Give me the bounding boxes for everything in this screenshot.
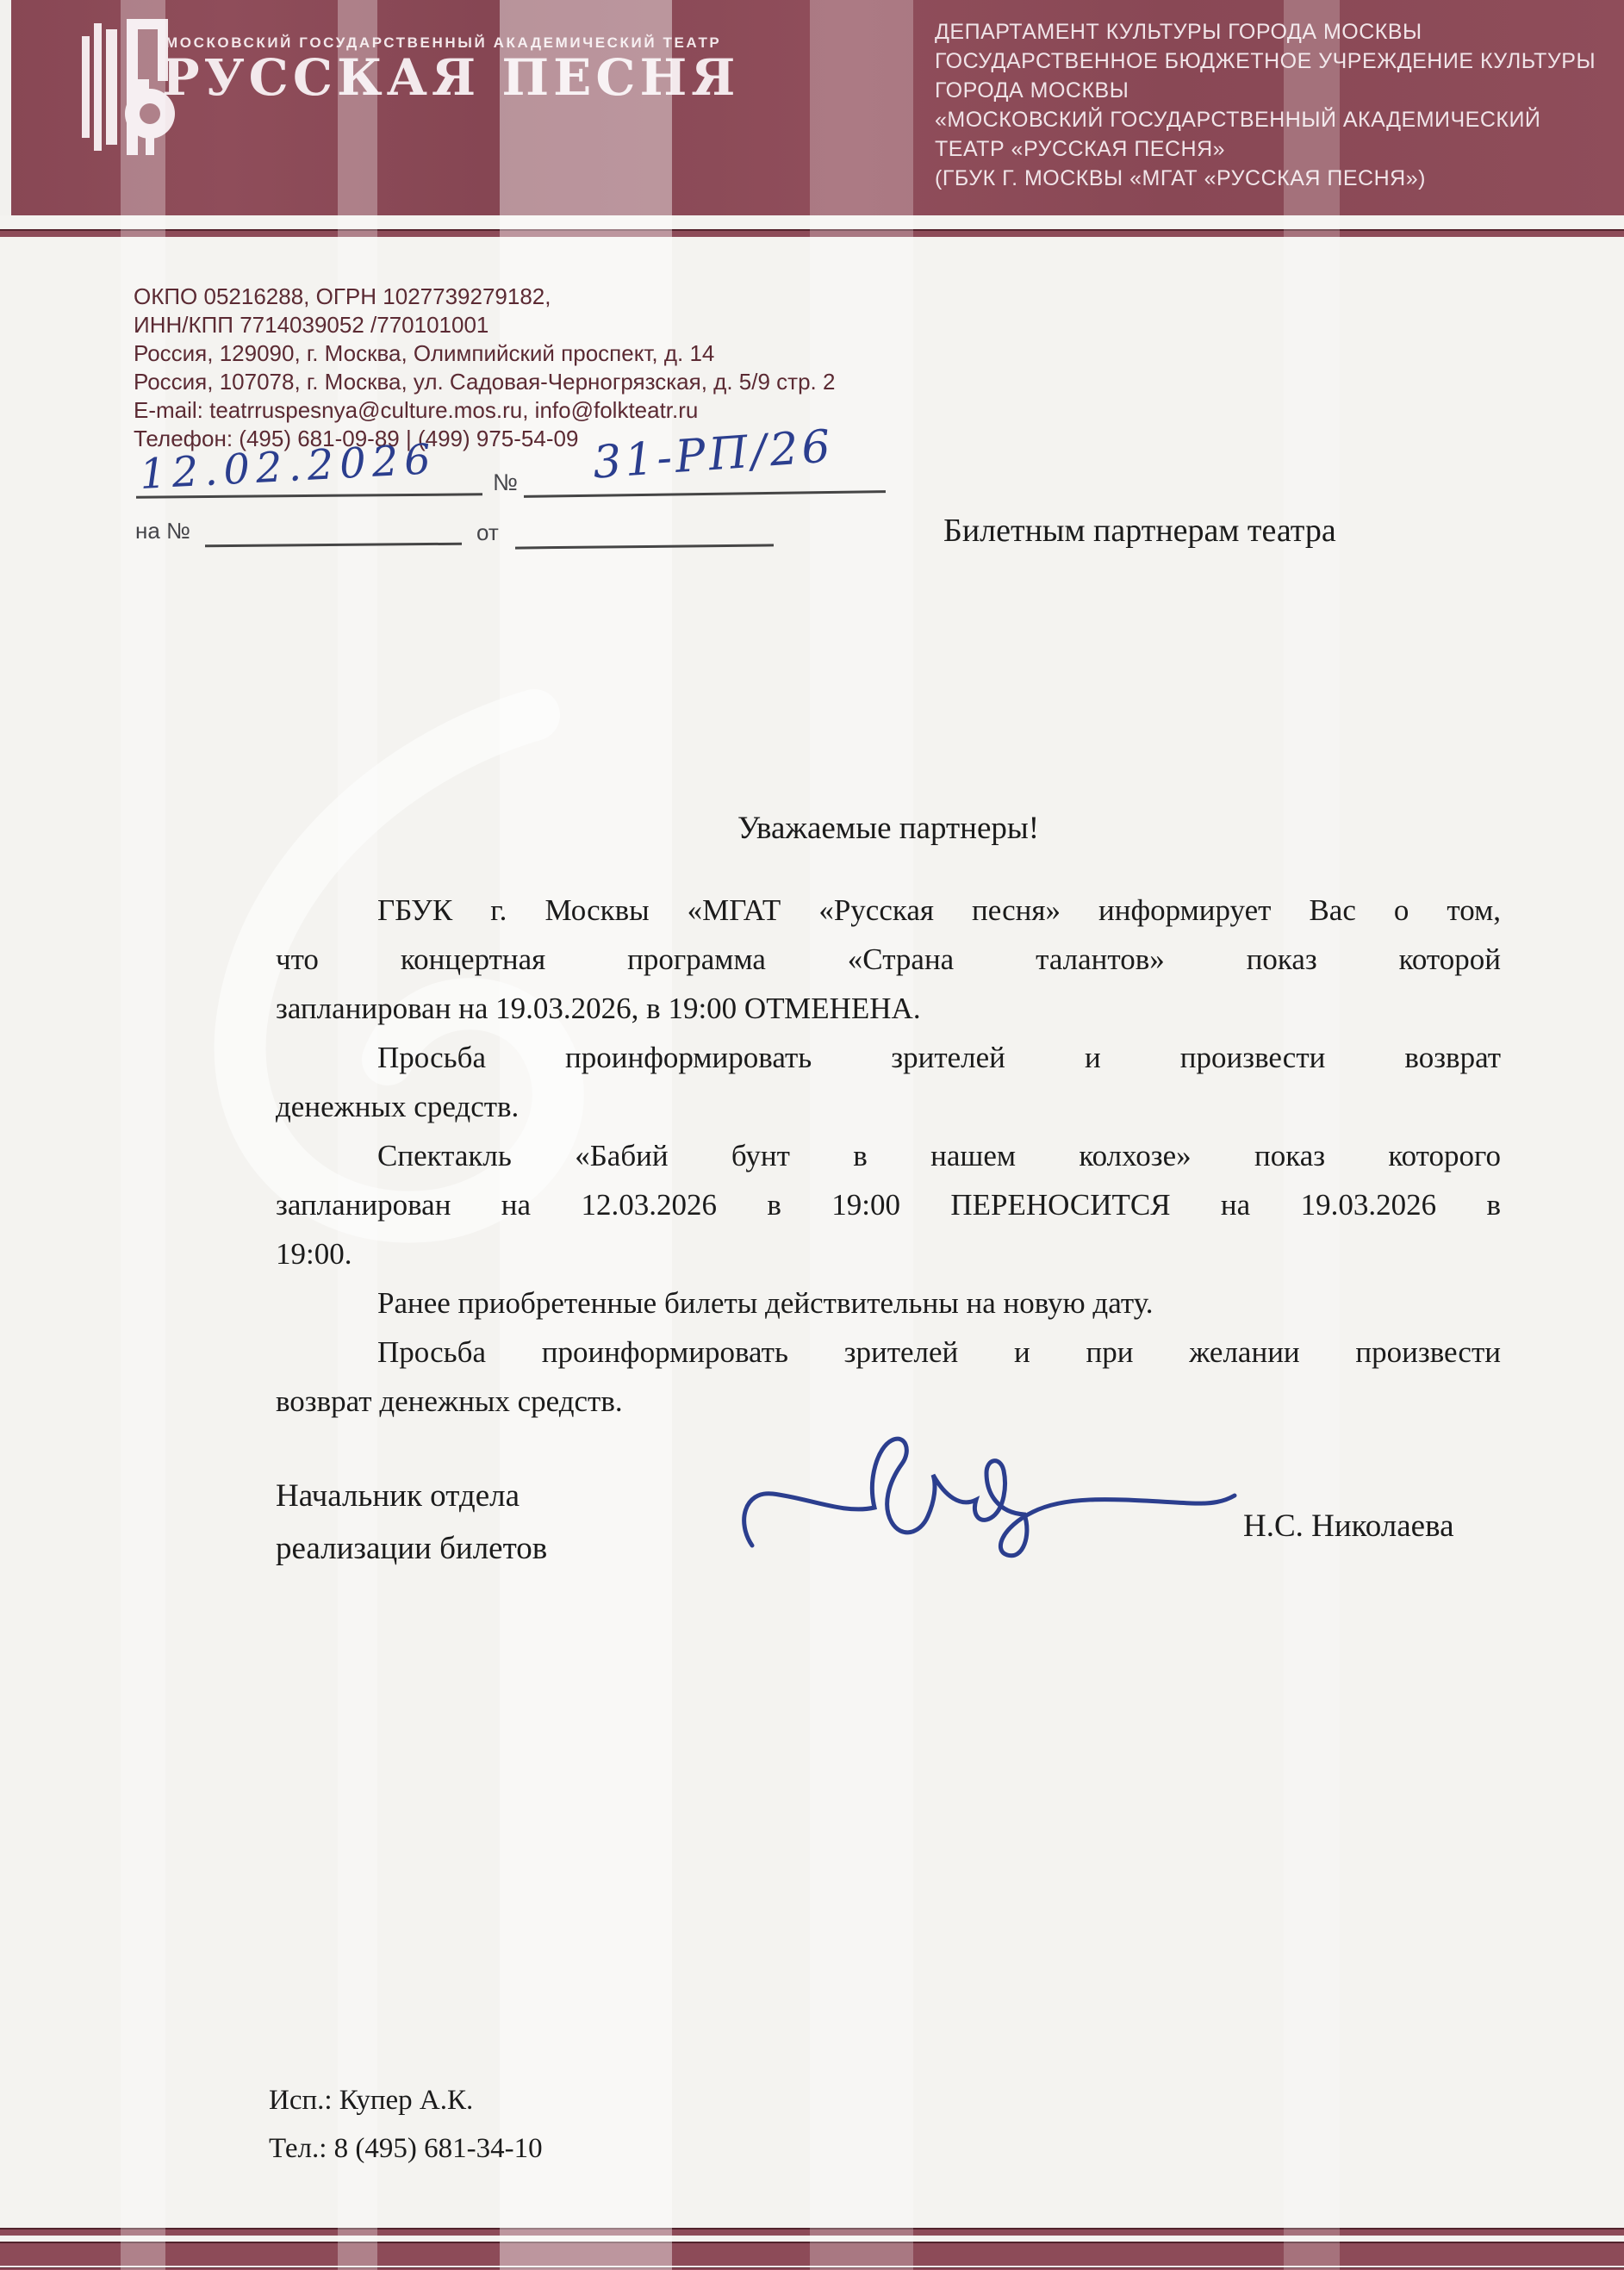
requisites-line: Россия, 107078, г. Москва, ул. Садовая-Ч… <box>134 368 835 396</box>
doc-number-label: № <box>493 470 518 496</box>
position-title-line: Начальник отдела <box>276 1470 547 1522</box>
dept-line: ГОСУДАРСТВЕННОЕ БЮДЖЕТНОЕ УЧРЕЖДЕНИЕ КУЛ… <box>935 47 1607 76</box>
body-line: 19:00. <box>276 1229 1501 1278</box>
body-line: Просьба проинформировать зрителей и прои… <box>276 1033 1501 1082</box>
body-line: запланирован на 12.03.2026 в 19:00 ПЕРЕН… <box>276 1180 1501 1229</box>
dept-line: ДЕПАРТАМЕНТ КУЛЬТУРЫ ГОРОДА МОСКВЫ <box>935 17 1607 47</box>
body-line: Спектакль «Бабий бунт в нашем колхозе» п… <box>276 1131 1501 1180</box>
executor-phone: Тел.: 8 (495) 681-34-10 <box>269 2124 543 2173</box>
ref-na-label: на № <box>135 518 190 544</box>
signature-scribble <box>737 1409 1254 1590</box>
paper-edge <box>0 0 11 215</box>
executor-line: Исп.: Купер А.К. <box>269 2076 543 2124</box>
dept-line: (ГБУК Г. МОСКВЫ «МГАТ «РУССКАЯ ПЕСНЯ») <box>935 164 1607 193</box>
header-band: МОСКОВСКИЙ ГОСУДАРСТВЕННЫЙ АКАДЕМИЧЕСКИЙ… <box>0 0 1624 215</box>
dept-line: ГОРОДА МОСКВЫ <box>935 76 1607 105</box>
body-line: ГБУК г. Москвы «МГАТ «Русская песня» инф… <box>276 886 1501 935</box>
addressee: Билетным партнерам театра <box>943 512 1336 550</box>
ref-underline-1 <box>205 543 462 548</box>
number-underline <box>524 490 886 498</box>
body-line: что концертная программа «Страна таланто… <box>276 935 1501 984</box>
requisites-line: Россия, 129090, г. Москва, Олимпийский п… <box>134 339 835 368</box>
body-line: запланирован на 19.03.2026, в 19:00 ОТМЕ… <box>276 984 1501 1033</box>
ref-ot-label: от <box>476 519 499 546</box>
body-line: Ранее приобретенные билеты действительны… <box>276 1278 1501 1328</box>
dept-line: «МОСКОВСКИЙ ГОСУДАРСТВЕННЫЙ АКАДЕМИЧЕСКИ… <box>935 105 1607 134</box>
position-title-line: реализации билетов <box>276 1522 547 1575</box>
requisites-line: ИНН/КПП 7714039052 /770101001 <box>134 311 835 339</box>
department-info: ДЕПАРТАМЕНТ КУЛЬТУРЫ ГОРОДА МОСКВЫ ГОСУД… <box>935 17 1607 193</box>
header-rule <box>0 229 1624 237</box>
body-line: Просьба проинформировать зрителей и при … <box>276 1328 1501 1377</box>
position-title: Начальник отдела реализации билетов <box>276 1470 547 1575</box>
letter-page: МОСКОВСКИЙ ГОСУДАРСТВЕННЫЙ АКАДЕМИЧЕСКИЙ… <box>0 0 1624 2270</box>
theater-logo-icon <box>82 19 175 157</box>
footer-stripe <box>0 2242 1624 2266</box>
requisites-line: ОКПО 05216288, ОГРН 1027739279182, <box>134 283 835 311</box>
footer-stripe <box>0 2228 1624 2236</box>
ref-underline-2 <box>515 544 774 549</box>
requisites-line: E-mail: teatrruspesnya@culture.mos.ru, i… <box>134 396 835 425</box>
executor-block: Исп.: Купер А.К. Тел.: 8 (495) 681-34-10 <box>269 2076 543 2173</box>
body-line: денежных средств. <box>276 1082 1501 1131</box>
org-name-text: РУССКАЯ ПЕСНЯ <box>162 48 739 107</box>
letter-body: ГБУК г. Москвы «МГАТ «Русская песня» инф… <box>276 886 1501 1426</box>
signatory-name: Н.С. Николаева <box>1243 1508 1454 1545</box>
salutation: Уважаемые партнеры! <box>276 810 1501 847</box>
dept-line: ТЕАТР «РУССКАЯ ПЕСНЯ» <box>935 134 1607 164</box>
